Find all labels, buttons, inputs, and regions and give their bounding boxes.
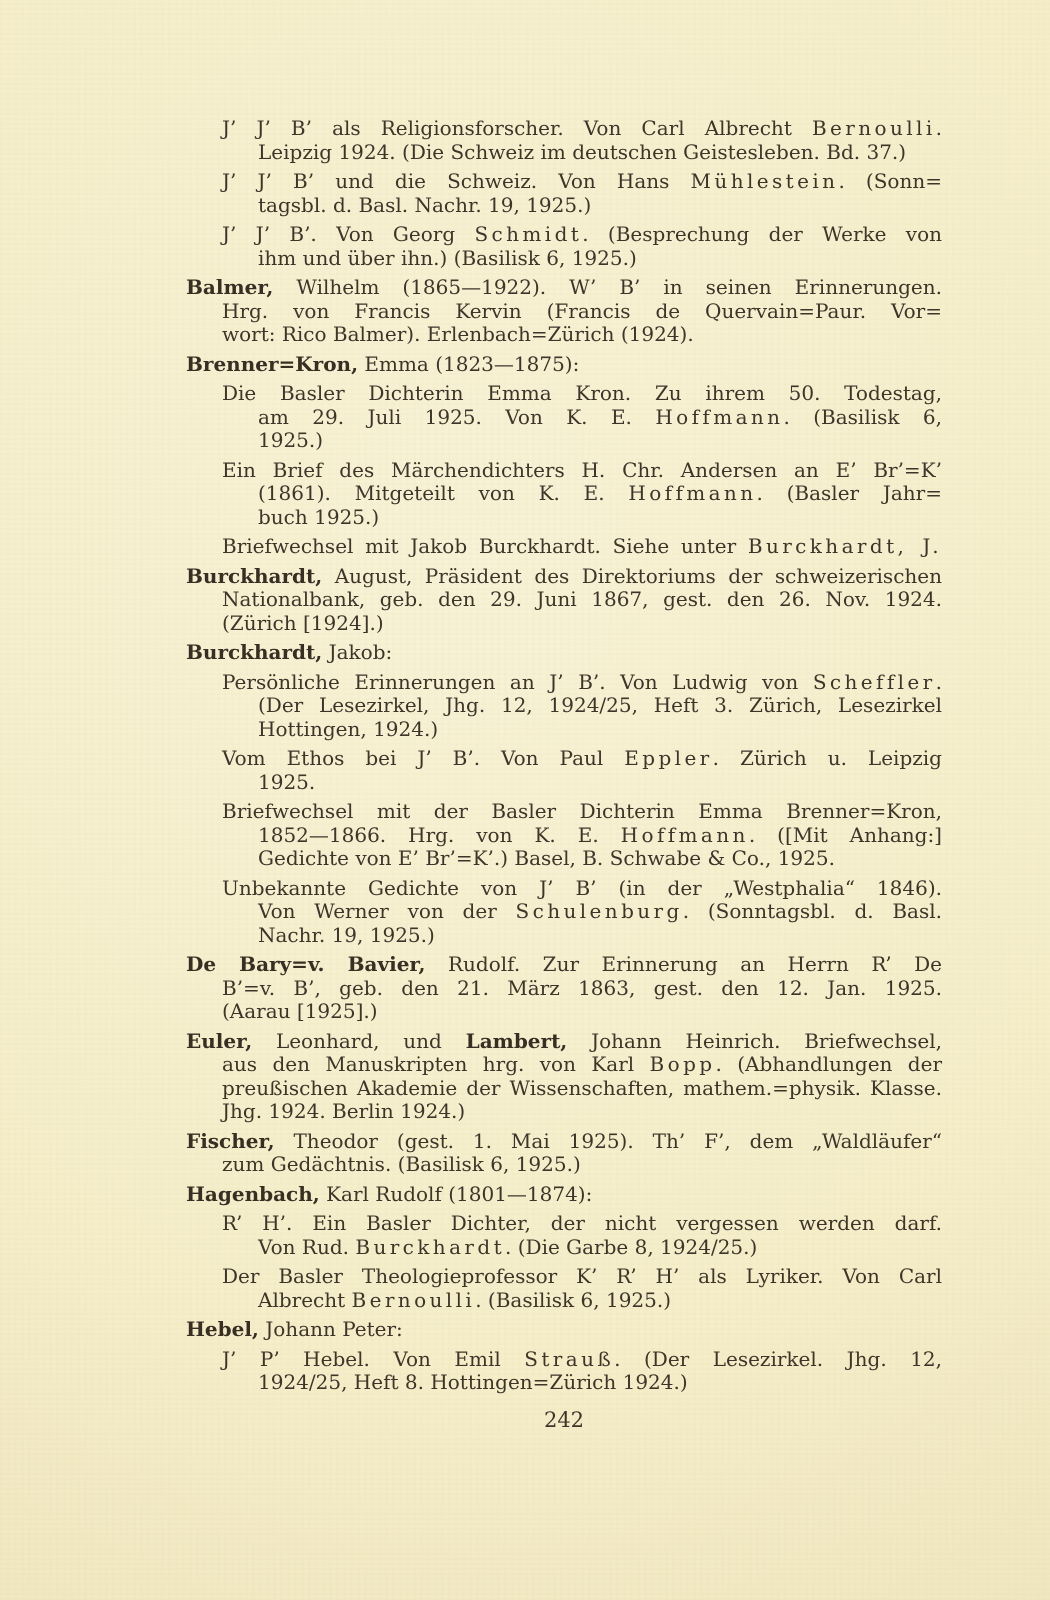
- bib-entry: Briefwechsel mit Jakob Burckhardt. Siehe…: [186, 535, 942, 559]
- bib-text: Leipzig 1924. (Die Schweiz im deutschen …: [258, 140, 906, 164]
- bib-text: Johann Heinrich. Briefwechsel,: [567, 1029, 942, 1053]
- bib-text: 1924/25, Heft 8. Hottingen=Zürich 1924.): [258, 1370, 688, 1394]
- bib-text: aus den Manuskripten hrg. von Karl: [222, 1052, 650, 1076]
- bib-text: . (Abhandlungen der: [715, 1052, 942, 1076]
- bib-text: Wilhelm (1865—1922). W’ B’ in seinen Eri…: [273, 275, 942, 299]
- bib-line: 1925.): [186, 429, 942, 453]
- scanned-book-page: J’ J’ B’ als Religionsforscher. Von Carl…: [0, 0, 1050, 1600]
- bib-text: (Der Lesezirkel, Jhg. 12, 1924/25, Heft …: [258, 693, 942, 717]
- bib-entry: Briefwechsel mit der Basler Dichterin Em…: [186, 800, 942, 871]
- bib-text: ihm und über ihn.) (Basilisk 6, 1925.): [258, 246, 637, 270]
- entry-surname: Burckhardt,: [186, 640, 322, 664]
- bib-entry: Brenner=Kron, Emma (1823—1875):: [186, 353, 942, 377]
- bib-entry: J’ J’ B’ und die Schweiz. Von Hans Mühle…: [186, 170, 942, 217]
- bib-line: Ein Brief des Märchendichters H. Chr. An…: [186, 459, 942, 483]
- bib-line: Burckhardt, August, Präsident des Direkt…: [186, 565, 942, 589]
- bib-line: Unbekannte Gedichte von J’ B’ (in der „W…: [186, 877, 942, 901]
- bib-line: Der Basler Theologieprofessor K’ R’ H’ a…: [186, 1265, 942, 1289]
- bib-entry: J’ P’ Hebel. Von Emil Strauß. (Der Lesez…: [186, 1348, 942, 1395]
- spaced-author-name: Scheffler: [813, 670, 936, 694]
- bib-text: Vom Ethos bei J’ B’. Von Paul: [222, 746, 624, 770]
- spaced-author-name: Hoffmann: [655, 405, 783, 429]
- bib-text: Von Rud.: [258, 1235, 355, 1259]
- bib-text: Jhg. 1924. Berlin 1924.): [222, 1099, 465, 1123]
- entry-surname: Fischer,: [186, 1129, 275, 1153]
- bib-entry: J’ J’ B’ als Religionsforscher. Von Carl…: [186, 117, 942, 164]
- spaced-author-name: Mühlestein: [691, 169, 839, 193]
- bib-line: Persönliche Erinnerungen an J’ B’. Von L…: [186, 671, 942, 695]
- bib-line: R’ H’. Ein Basler Dichter, der nicht ver…: [186, 1212, 942, 1236]
- bib-text: Hottingen, 1924.): [258, 717, 438, 741]
- spaced-author-name: Hoffmann: [628, 481, 756, 505]
- entry-surname: Euler,: [186, 1029, 252, 1053]
- bib-text: . (Besprechung der Werke von: [582, 222, 942, 246]
- spaced-author-name: Hoffmann: [621, 823, 749, 847]
- bib-text: R’ H’. Ein Basler Dichter, der nicht ver…: [222, 1211, 942, 1235]
- bib-entry: Persönliche Erinnerungen an J’ B’. Von L…: [186, 671, 942, 742]
- bib-text: Rudolf. Zur Erinnerung an Herrn R’ De: [425, 952, 942, 976]
- bib-line: Brenner=Kron, Emma (1823—1875):: [186, 353, 942, 377]
- bib-text: Theodor (gest. 1. Mai 1925). Th’ F’, dem…: [275, 1129, 942, 1153]
- bib-text: 1925.: [258, 770, 315, 794]
- bib-line: zum Gedächtnis. (Basilisk 6, 1925.): [186, 1153, 942, 1177]
- bib-text: J’ P’ Hebel. Von Emil: [222, 1347, 524, 1371]
- bib-line: Leipzig 1924. (Die Schweiz im deutschen …: [186, 141, 942, 165]
- bib-text: . Zürich u. Leipzig: [713, 746, 942, 770]
- bib-text: . (Sonn=: [838, 169, 942, 193]
- bib-line: Albrecht Bernoulli. (Basilisk 6, 1925.): [186, 1289, 942, 1313]
- bib-text: buch 1925.): [258, 505, 379, 529]
- bib-line: Briefwechsel mit der Basler Dichterin Em…: [186, 800, 942, 824]
- bib-text: zum Gedächtnis. (Basilisk 6, 1925.): [222, 1152, 581, 1176]
- bib-line: tagsbl. d. Basl. Nachr. 19, 1925.): [186, 194, 942, 218]
- bib-text: Der Basler Theologieprofessor K’ R’ H’ a…: [222, 1264, 942, 1288]
- bib-entry: Der Basler Theologieprofessor K’ R’ H’ a…: [186, 1265, 942, 1312]
- bib-line: Von Rud. Burckhardt. (Die Garbe 8, 1924/…: [186, 1236, 942, 1260]
- bib-text: August, Präsident des Direktoriums der s…: [322, 564, 942, 588]
- entry-surname: Hagenbach,: [186, 1182, 320, 1206]
- bib-line: Nationalbank, geb. den 29. Juni 1867, ge…: [186, 588, 942, 612]
- bib-line: J’ J’ B’ als Religionsforscher. Von Carl…: [186, 117, 942, 141]
- bib-line: (1861). Mitgeteilt von K. E. Hoffmann. (…: [186, 482, 942, 506]
- entry-surname: Burckhardt,: [186, 564, 322, 588]
- bib-entry: Ein Brief des Märchendichters H. Chr. An…: [186, 459, 942, 530]
- bib-line: J’ J’ B’. Von Georg Schmidt. (Besprechun…: [186, 223, 942, 247]
- bib-text: (1861). Mitgeteilt von K. E.: [258, 481, 628, 505]
- bib-entry: Unbekannte Gedichte von J’ B’ (in der „W…: [186, 877, 942, 948]
- bib-line: (Der Lesezirkel, Jhg. 12, 1924/25, Heft …: [186, 694, 942, 718]
- spaced-author-name: Bernoulli: [812, 116, 936, 140]
- bib-entry: De Bary=v. Bavier, Rudolf. Zur Erinnerun…: [186, 953, 942, 1024]
- bib-text: Die Basler Dichterin Emma Kron. Zu ihrem…: [222, 381, 942, 405]
- bib-text: J’ J’ B’. Von Georg: [222, 222, 474, 246]
- entry-surname: Hebel,: [186, 1317, 259, 1341]
- bib-line: Hebel, Johann Peter:: [186, 1318, 942, 1342]
- spaced-author-name: Strauß: [524, 1347, 614, 1371]
- bib-text: .: [936, 670, 942, 694]
- bib-line: Briefwechsel mit Jakob Burckhardt. Siehe…: [186, 535, 942, 559]
- spaced-author-name: Bopp: [650, 1052, 716, 1076]
- bib-line: Balmer, Wilhelm (1865—1922). W’ B’ in se…: [186, 276, 942, 300]
- bib-line: am 29. Juli 1925. Von K. E. Hoffmann. (B…: [186, 406, 942, 430]
- spaced-author-name: Eppler: [624, 746, 712, 770]
- bibliography-list: J’ J’ B’ als Religionsforscher. Von Carl…: [186, 117, 942, 1401]
- bib-text: . (Der Lesezirkel. Jhg. 12,: [614, 1347, 942, 1371]
- spaced-author-name: Schulenburg: [516, 899, 683, 923]
- spaced-author-name: Bernoulli: [352, 1288, 476, 1312]
- bib-entry: Die Basler Dichterin Emma Kron. Zu ihrem…: [186, 382, 942, 453]
- bib-line: J’ P’ Hebel. Von Emil Strauß. (Der Lesez…: [186, 1348, 942, 1372]
- bib-line: Burckhardt, Jakob:: [186, 641, 942, 665]
- bib-entry: Burckhardt, August, Präsident des Direkt…: [186, 565, 942, 636]
- bib-line: Die Basler Dichterin Emma Kron. Zu ihrem…: [186, 382, 942, 406]
- bib-text: Von Werner von der: [258, 899, 516, 923]
- bib-line: Vom Ethos bei J’ B’. Von Paul Eppler. Zü…: [186, 747, 942, 771]
- entry-surname: Balmer,: [186, 275, 273, 299]
- entry-surname: Lambert,: [466, 1029, 568, 1053]
- bib-text: . (Sonntagsbl. d. Basl.: [683, 899, 942, 923]
- bib-line: Hagenbach, Karl Rudolf (1801—1874):: [186, 1183, 942, 1207]
- bib-entry: Fischer, Theodor (gest. 1. Mai 1925). Th…: [186, 1130, 942, 1177]
- bib-text: Leonhard, und: [252, 1029, 465, 1053]
- bib-line: aus den Manuskripten hrg. von Karl Bopp.…: [186, 1053, 942, 1077]
- bib-text: Albrecht: [258, 1288, 352, 1312]
- bib-line: Hrg. von Francis Kervin (Francis de Quer…: [186, 300, 942, 324]
- bib-line: Hottingen, 1924.): [186, 718, 942, 742]
- bib-text: Gedichte von E’ Br’=K’.) Basel, B. Schwa…: [258, 846, 835, 870]
- bib-text: Ein Brief des Märchendichters H. Chr. An…: [222, 458, 942, 482]
- bib-line: (Zürich [1924].): [186, 612, 942, 636]
- bib-entry: Burckhardt, Jakob:: [186, 641, 942, 665]
- bib-text: Persönliche Erinnerungen an J’ B’. Von L…: [222, 670, 813, 694]
- bib-line: ihm und über ihn.) (Basilisk 6, 1925.): [186, 247, 942, 271]
- bib-text: J’ J’ B’ als Religionsforscher. Von Carl…: [222, 116, 812, 140]
- bib-line: Gedichte von E’ Br’=K’.) Basel, B. Schwa…: [186, 847, 942, 871]
- bib-text: Emma (1823—1875):: [358, 352, 579, 376]
- bib-text: Briefwechsel mit Jakob Burckhardt. Siehe…: [222, 534, 748, 558]
- bib-text: .: [936, 116, 942, 140]
- bib-line: B’=v. B’, geb. den 21. März 1863, gest. …: [186, 977, 942, 1001]
- bib-text: B’=v. B’, geb. den 21. März 1863, gest. …: [222, 976, 942, 1000]
- bib-entry: Hagenbach, Karl Rudolf (1801—1874):: [186, 1183, 942, 1207]
- bib-text: am 29. Juli 1925. Von K. E.: [258, 405, 655, 429]
- bib-line: Von Werner von der Schulenburg. (Sonntag…: [186, 900, 942, 924]
- bib-line: J’ J’ B’ und die Schweiz. Von Hans Mühle…: [186, 170, 942, 194]
- bib-text: J’ J’ B’ und die Schweiz. Von Hans: [222, 169, 691, 193]
- bib-entry: Euler, Leonhard, und Lambert, Johann Hei…: [186, 1030, 942, 1124]
- bib-text: (Aarau [1925].): [222, 999, 378, 1023]
- bib-line: Nachr. 19, 1925.): [186, 924, 942, 948]
- bib-text: Hrg. von Francis Kervin (Francis de Quer…: [222, 299, 942, 323]
- bib-line: Fischer, Theodor (gest. 1. Mai 1925). Th…: [186, 1130, 942, 1154]
- bib-entry: J’ J’ B’. Von Georg Schmidt. (Besprechun…: [186, 223, 942, 270]
- bib-text: Nachr. 19, 1925.): [258, 923, 435, 947]
- bib-entry: Hebel, Johann Peter:: [186, 1318, 942, 1342]
- bib-text: (Zürich [1924].): [222, 611, 384, 635]
- spaced-author-name: Burckhardt, J.: [748, 534, 942, 558]
- page-number: 242: [186, 1408, 942, 1432]
- bib-text: 1925.): [258, 428, 323, 452]
- bib-text: Unbekannte Gedichte von J’ B’ (in der „W…: [222, 876, 942, 900]
- bib-line: Jhg. 1924. Berlin 1924.): [186, 1100, 942, 1124]
- bib-line: preußischen Akademie der Wissenschaften,…: [186, 1077, 942, 1101]
- bib-text: Jakob:: [322, 640, 392, 664]
- bib-line: 1924/25, Heft 8. Hottingen=Zürich 1924.): [186, 1371, 942, 1395]
- entry-surname: Brenner=Kron,: [186, 352, 358, 376]
- bib-text: . ([Mit Anhang:]: [749, 823, 942, 847]
- bib-text: . (Basler Jahr=: [757, 481, 942, 505]
- bib-text: . (Basilisk 6, 1925.): [475, 1288, 671, 1312]
- bib-text: Nationalbank, geb. den 29. Juni 1867, ge…: [222, 587, 942, 611]
- bib-line: 1852—1866. Hrg. von K. E. Hoffmann. ([Mi…: [186, 824, 942, 848]
- bib-line: buch 1925.): [186, 506, 942, 530]
- bib-text: Briefwechsel mit der Basler Dichterin Em…: [222, 799, 942, 823]
- bib-line: Euler, Leonhard, und Lambert, Johann Hei…: [186, 1030, 942, 1054]
- bib-text: . (Die Garbe 8, 1924/25.): [505, 1235, 757, 1259]
- bib-text: wort: Rico Balmer). Erlenbach=Zürich (19…: [222, 322, 694, 346]
- bib-text: 1852—1866. Hrg. von K. E.: [258, 823, 621, 847]
- bib-entry: Balmer, Wilhelm (1865—1922). W’ B’ in se…: [186, 276, 942, 347]
- bib-text: Karl Rudolf (1801—1874):: [320, 1182, 593, 1206]
- bib-text: preußischen Akademie der Wissenschaften,…: [222, 1076, 942, 1100]
- bib-line: De Bary=v. Bavier, Rudolf. Zur Erinnerun…: [186, 953, 942, 977]
- bib-line: 1925.: [186, 771, 942, 795]
- bib-entry: Vom Ethos bei J’ B’. Von Paul Eppler. Zü…: [186, 747, 942, 794]
- bib-text: tagsbl. d. Basl. Nachr. 19, 1925.): [258, 193, 591, 217]
- entry-surname: De Bary=v. Bavier,: [186, 952, 425, 976]
- spaced-author-name: Schmidt: [474, 222, 582, 246]
- bib-text: . (Basilisk 6,: [783, 405, 942, 429]
- spaced-author-name: Burckhardt: [355, 1235, 505, 1259]
- bib-line: (Aarau [1925].): [186, 1000, 942, 1024]
- bib-entry: R’ H’. Ein Basler Dichter, der nicht ver…: [186, 1212, 942, 1259]
- bib-line: wort: Rico Balmer). Erlenbach=Zürich (19…: [186, 323, 942, 347]
- bib-text: Johann Peter:: [259, 1317, 403, 1341]
